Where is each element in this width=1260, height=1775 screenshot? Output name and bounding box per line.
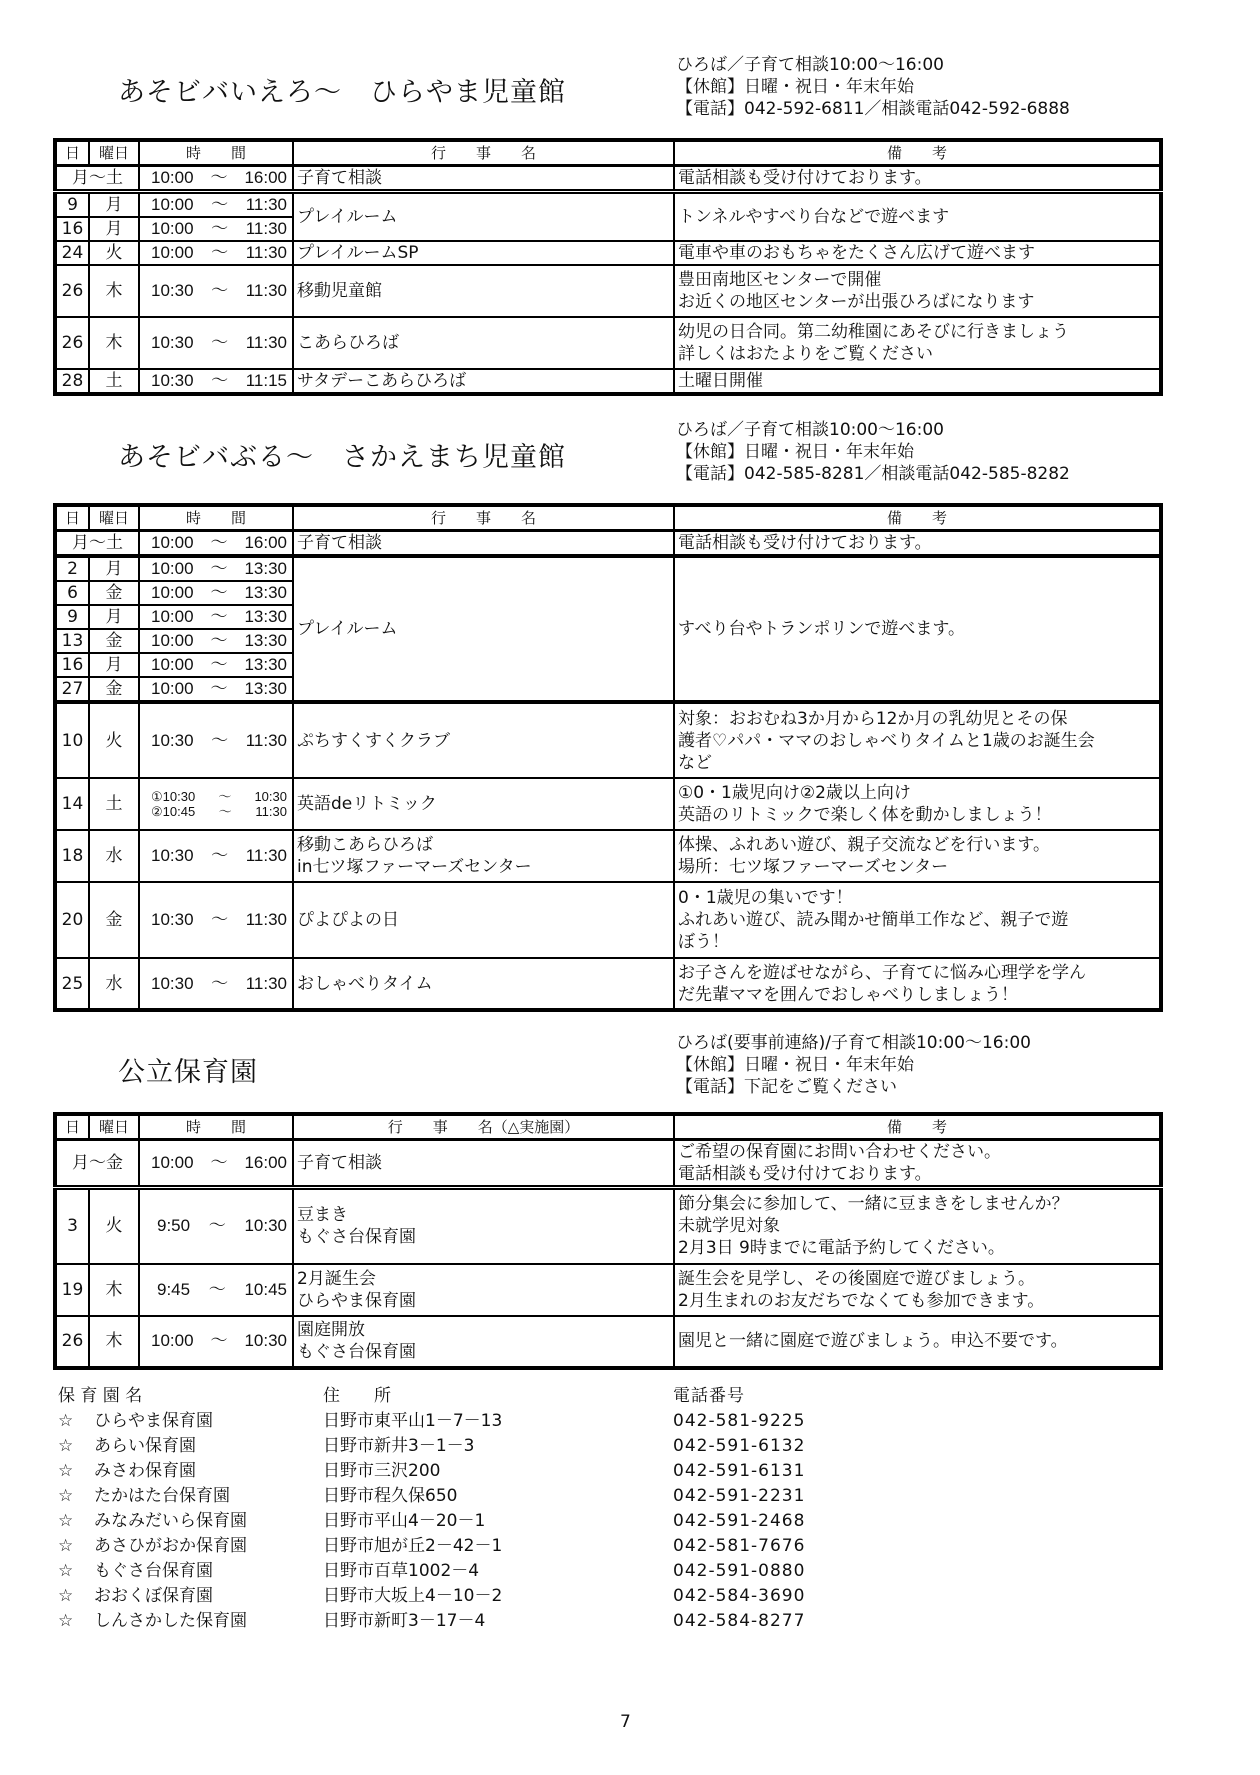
event-note: すべり台やトランポリンで遊べます。 — [674, 556, 1161, 702]
section-title-public-nursery: 公立保育園 — [118, 1050, 258, 1089]
info-phone: 【電話】042-585-8281／相談電話042-585-8282 — [676, 463, 1070, 485]
weekday: 金 — [89, 629, 139, 653]
weekday: 金 — [89, 581, 139, 605]
nursery-name-column: 保 育 園 名 ☆ひらやま保育園 ☆あらい保育園 ☆みさわ保育園 ☆たかはた台保… — [58, 1384, 247, 1634]
event-name: おしゃべりタイム — [293, 958, 674, 1010]
list-item: ☆たかはた台保育園 — [58, 1484, 247, 1509]
table-header-row: 日 曜日 時 間 行 事 名 備 考 — [55, 140, 1161, 166]
day: 2 — [55, 556, 89, 581]
time-cell: 10:00～16:00 — [139, 531, 293, 557]
time-cell: 10:30～11:30 — [139, 958, 293, 1010]
info-phone: 【電話】042-592-6811／相談電話042-592-6888 — [676, 98, 1070, 120]
event-name: こあらひろば — [293, 317, 674, 369]
day: 9 — [55, 605, 89, 629]
star-icon: ☆ — [58, 1459, 94, 1484]
time-cell: ①10:30～10:30 ②10:45～11:30 — [139, 778, 293, 830]
header-event: 行 事 名 — [293, 505, 674, 531]
time-cell: 10:30～11:30 — [139, 317, 293, 369]
time-cell: 10:00～11:30 — [139, 217, 293, 241]
weekday: 木 — [89, 265, 139, 317]
star-icon: ☆ — [58, 1434, 94, 1459]
table-header-row: 日 曜日 時 間 行 事 名 備 考 — [55, 505, 1161, 531]
phone-number: 042-584-8277 — [673, 1609, 805, 1634]
event-name: プレイルーム — [293, 556, 674, 702]
time-cell: 10:30～11:30 — [139, 702, 293, 778]
day: 26 — [55, 317, 89, 369]
header-time: 時 間 — [139, 140, 293, 166]
section-info-public-nursery: ひろば(要事前連絡)/子育て相談10:00～16:00 【休館】日曜・祝日・年末… — [676, 1032, 1031, 1098]
day: 13 — [55, 629, 89, 653]
schedule-table-public-nursery: 日 曜日 時 間 行 事 名（△実施園） 備 考 月～金 10:00～16:00… — [53, 1112, 1163, 1370]
list-header-phone: 電話番号 — [673, 1384, 805, 1409]
day-range: 月～土 — [55, 531, 139, 557]
weekday: 金 — [89, 882, 139, 958]
table-row: 3 火 9:50～10:30 豆まき もぐさ台保育園 節分集会に参加して、一緒に… — [55, 1188, 1161, 1264]
address: 日野市新町3－17－4 — [323, 1609, 502, 1634]
event-note: 豊田南地区センターで開催 お近くの地区センターが出張ひろばになります — [674, 265, 1161, 317]
info-closed: 【休館】日曜・祝日・年末年始 — [676, 441, 1070, 463]
address: 日野市平山4－20－1 — [323, 1509, 502, 1534]
list-item: ☆あさひがおか保育園 — [58, 1534, 247, 1559]
day-range: 月～金 — [55, 1140, 139, 1188]
header-day: 日 — [55, 1114, 89, 1140]
weekday: 月 — [89, 653, 139, 677]
nursery-address-column: 住 所 日野市東平山1－7－13 日野市新井3－1－3 日野市三沢200 日野市… — [323, 1384, 502, 1634]
table-row: 26 木 10:00～10:30 園庭開放 もぐさ台保育園 園児と一緒に園庭で遊… — [55, 1316, 1161, 1368]
section-info-hirayama: ひろば／子育て相談10:00～16:00 【休館】日曜・祝日・年末年始 【電話】… — [676, 54, 1070, 120]
event-name: 2月誕生会 ひらやま保育園 — [293, 1264, 674, 1316]
table-row: 20 金 10:30～11:30 ぴよぴよの日 0・1歳児の集いです！ ふれあい… — [55, 882, 1161, 958]
info-phone: 【電話】下記をご覧ください — [676, 1076, 1031, 1098]
event-note: 電車や車のおもちゃをたくさん広げて遊べます — [674, 241, 1161, 265]
weekday: 月 — [89, 192, 139, 218]
header-weekday: 曜日 — [89, 140, 139, 166]
list-item: ☆あらい保育園 — [58, 1434, 247, 1459]
star-icon: ☆ — [58, 1409, 94, 1434]
day-range: 月～土 — [55, 166, 139, 192]
phone-number: 042-591-0880 — [673, 1559, 805, 1584]
table-row: 26 木 10:30～11:30 こあらひろば 幼児の日合同。第二幼稚園にあそび… — [55, 317, 1161, 369]
header-event: 行 事 名（△実施園） — [293, 1114, 674, 1140]
time-cell: 10:00～10:30 — [139, 1316, 293, 1368]
day: 25 — [55, 958, 89, 1010]
event-name: 園庭開放 もぐさ台保育園 — [293, 1316, 674, 1368]
time-cell: 10:30～11:30 — [139, 882, 293, 958]
event-name: プレイルーム — [293, 192, 674, 242]
weekday: 火 — [89, 1188, 139, 1264]
info-hours: ひろば／子育て相談10:00～16:00 — [676, 419, 1070, 441]
event-note: 誕生会を見学し、その後園庭で遊びましょう。 2月生まれのお友だちでなくても参加で… — [674, 1264, 1161, 1316]
address: 日野市東平山1－7－13 — [323, 1409, 502, 1434]
header-time: 時 間 — [139, 505, 293, 531]
time-cell: 10:00～16:00 — [139, 1140, 293, 1188]
day: 26 — [55, 1316, 89, 1368]
event-note: 電話相談も受け付けております。 — [674, 166, 1161, 192]
address: 日野市大坂上4－10－2 — [323, 1584, 502, 1609]
header-day: 日 — [55, 140, 89, 166]
day: 3 — [55, 1188, 89, 1264]
table-header-row: 日 曜日 時 間 行 事 名（△実施園） 備 考 — [55, 1114, 1161, 1140]
event-note: トンネルやすべり台などで遊べます — [674, 192, 1161, 242]
day: 24 — [55, 241, 89, 265]
header-time: 時 間 — [139, 1114, 293, 1140]
list-item: ☆もぐさ台保育園 — [58, 1559, 247, 1584]
weekday: 月 — [89, 556, 139, 581]
event-note: 対象：おおむね3か月から12か月の乳幼児とその保 護者♡パパ・ママのおしゃべりタ… — [674, 702, 1161, 778]
phone-number: 042-591-6131 — [673, 1459, 805, 1484]
star-icon: ☆ — [58, 1609, 94, 1634]
list-item: ☆みさわ保育園 — [58, 1459, 247, 1484]
page-number: 7 — [620, 1712, 631, 1732]
event-note: 0・1歳児の集いです！ ふれあい遊び、読み聞かせ簡単工作など、親子で遊 ぼう！ — [674, 882, 1161, 958]
address: 日野市旭が丘2－42－1 — [323, 1534, 502, 1559]
section-title-hirayama: あそビバいえろ～ ひらやま児童館 — [118, 70, 566, 109]
star-icon: ☆ — [58, 1509, 94, 1534]
day: 9 — [55, 192, 89, 218]
header-weekday: 曜日 — [89, 1114, 139, 1140]
phone-number: 042-591-2231 — [673, 1484, 805, 1509]
section-info-sakaemachi: ひろば／子育て相談10:00～16:00 【休館】日曜・祝日・年末年始 【電話】… — [676, 419, 1070, 485]
header-weekday: 曜日 — [89, 505, 139, 531]
table-row: 月～土 10:00～16:00 子育て相談 電話相談も受け付けております。 — [55, 166, 1161, 192]
event-name: 豆まき もぐさ台保育園 — [293, 1188, 674, 1264]
time-cell: 10:00～11:30 — [139, 192, 293, 218]
event-name: ぷちすくすくクラブ — [293, 702, 674, 778]
event-name: 移動児童館 — [293, 265, 674, 317]
event-name: 子育て相談 — [293, 166, 674, 192]
header-note: 備 考 — [674, 505, 1161, 531]
address: 日野市百草1002－4 — [323, 1559, 502, 1584]
time-cell: 10:00～16:00 — [139, 166, 293, 192]
table-row: 9 月 10:00～11:30 プレイルーム トンネルやすべり台などで遊べます — [55, 192, 1161, 218]
phone-number: 042-581-7676 — [673, 1534, 805, 1559]
time-cell: 10:30～11:15 — [139, 369, 293, 394]
weekday: 木 — [89, 317, 139, 369]
address: 日野市程久保650 — [323, 1484, 502, 1509]
weekday: 水 — [89, 958, 139, 1010]
time-cell: 10:00～13:30 — [139, 677, 293, 702]
table-row: 14 土 ①10:30～10:30 ②10:45～11:30 英語deリトミック… — [55, 778, 1161, 830]
star-icon: ☆ — [58, 1534, 94, 1559]
header-note: 備 考 — [674, 1114, 1161, 1140]
event-note: 園児と一緒に園庭で遊びましょう。申込不要です。 — [674, 1316, 1161, 1368]
weekday: 土 — [89, 369, 139, 394]
time-cell: 10:00～13:30 — [139, 581, 293, 605]
day: 10 — [55, 702, 89, 778]
event-note: 体操、ふれあい遊び、親子交流などを行います。 場所：七ツ塚ファーマーズセンター — [674, 830, 1161, 882]
day: 28 — [55, 369, 89, 394]
list-item: ☆しんさかした保育園 — [58, 1609, 247, 1634]
day: 16 — [55, 217, 89, 241]
address: 日野市三沢200 — [323, 1459, 502, 1484]
day: 20 — [55, 882, 89, 958]
info-closed: 【休館】日曜・祝日・年末年始 — [676, 1054, 1031, 1076]
star-icon: ☆ — [58, 1559, 94, 1584]
list-header-address: 住 所 — [323, 1384, 502, 1409]
table-row: 10 火 10:30～11:30 ぷちすくすくクラブ 対象：おおむね3か月から1… — [55, 702, 1161, 778]
day: 18 — [55, 830, 89, 882]
info-hours: ひろば／子育て相談10:00～16:00 — [676, 54, 1070, 76]
weekday: 木 — [89, 1316, 139, 1368]
star-icon: ☆ — [58, 1484, 94, 1509]
table-row: 19 木 9:45～10:45 2月誕生会 ひらやま保育園 誕生会を見学し、その… — [55, 1264, 1161, 1316]
weekday: 木 — [89, 1264, 139, 1316]
table-row: 26 木 10:30～11:30 移動児童館 豊田南地区センターで開催 お近くの… — [55, 265, 1161, 317]
day: 6 — [55, 581, 89, 605]
time-cell: 9:45～10:45 — [139, 1264, 293, 1316]
header-event: 行 事 名 — [293, 140, 674, 166]
event-name: 子育て相談 — [293, 531, 674, 557]
list-header-name: 保 育 園 名 — [58, 1384, 247, 1409]
weekday: 月 — [89, 605, 139, 629]
event-note: お子さんを遊ばせながら、子育てに悩み心理学を学ん だ先輩ママを囲んでおしゃべりし… — [674, 958, 1161, 1010]
nursery-phone-column: 電話番号 042-581-9225 042-591-6132 042-591-6… — [673, 1384, 805, 1634]
table-row: 18 水 10:30～11:30 移動こあらひろば in七ツ塚ファーマーズセンタ… — [55, 830, 1161, 882]
event-name: サタデーこあらひろば — [293, 369, 674, 394]
time-cell: 10:00～13:30 — [139, 653, 293, 677]
list-item: ☆みなみだいら保育園 — [58, 1509, 247, 1534]
weekday: 火 — [89, 702, 139, 778]
table-row: 25 水 10:30～11:30 おしゃべりタイム お子さんを遊ばせながら、子育… — [55, 958, 1161, 1010]
star-icon: ☆ — [58, 1584, 94, 1609]
list-item: ☆おおくぼ保育園 — [58, 1584, 247, 1609]
weekday: 火 — [89, 241, 139, 265]
time-cell: 10:00～13:30 — [139, 629, 293, 653]
event-name: プレイルームSP — [293, 241, 674, 265]
phone-number: 042-581-9225 — [673, 1409, 805, 1434]
day: 19 — [55, 1264, 89, 1316]
time-cell: 10:00～13:30 — [139, 556, 293, 581]
time-cell: 10:00～13:30 — [139, 605, 293, 629]
schedule-table-sakaemachi: 日 曜日 時 間 行 事 名 備 考 月～土 10:00～16:00 子育て相談… — [53, 503, 1163, 1012]
info-closed: 【休館】日曜・祝日・年末年始 — [676, 76, 1070, 98]
event-name: 英語deリトミック — [293, 778, 674, 830]
event-note: 幼児の日合同。第二幼稚園にあそびに行きましょう 詳しくはおたよりをご覧ください — [674, 317, 1161, 369]
event-name: 子育て相談 — [293, 1140, 674, 1188]
time-cell: 10:30～11:30 — [139, 265, 293, 317]
day: 14 — [55, 778, 89, 830]
event-name: ぴよぴよの日 — [293, 882, 674, 958]
event-note: ①0・1歳児向け②2歳以上向け 英語のリトミックで楽しく体を動かしましょう！ — [674, 778, 1161, 830]
event-note: 土曜日開催 — [674, 369, 1161, 394]
info-hours: ひろば(要事前連絡)/子育て相談10:00～16:00 — [676, 1032, 1031, 1054]
phone-number: 042-584-3690 — [673, 1584, 805, 1609]
weekday: 金 — [89, 677, 139, 702]
event-note: 節分集会に参加して、一緒に豆まきをしませんか？ 未就学児対象 2月3日 9時まで… — [674, 1188, 1161, 1264]
section-title-sakaemachi: あそビバぶる～ さかえまち児童館 — [118, 435, 566, 474]
time-cell: 9:50～10:30 — [139, 1188, 293, 1264]
table-row: 月～土 10:00～16:00 子育て相談 電話相談も受け付けております。 — [55, 531, 1161, 557]
phone-number: 042-591-6132 — [673, 1434, 805, 1459]
header-day: 日 — [55, 505, 89, 531]
phone-number: 042-591-2468 — [673, 1509, 805, 1534]
table-row: 2 月 10:00～13:30 プレイルーム すべり台やトランポリンで遊べます。 — [55, 556, 1161, 581]
weekday: 水 — [89, 830, 139, 882]
day: 26 — [55, 265, 89, 317]
table-row: 月～金 10:00～16:00 子育て相談 ご希望の保育園にお問い合わせください… — [55, 1140, 1161, 1188]
schedule-table-hirayama: 日 曜日 時 間 行 事 名 備 考 月～土 10:00～16:00 子育て相談… — [53, 138, 1163, 396]
time-cell: 10:00～11:30 — [139, 241, 293, 265]
address: 日野市新井3－1－3 — [323, 1434, 502, 1459]
list-item: ☆ひらやま保育園 — [58, 1409, 247, 1434]
day: 16 — [55, 653, 89, 677]
time-cell: 10:30～11:30 — [139, 830, 293, 882]
event-note: 電話相談も受け付けております。 — [674, 531, 1161, 557]
weekday: 土 — [89, 778, 139, 830]
event-note: ご希望の保育園にお問い合わせください。 電話相談も受け付けております。 — [674, 1140, 1161, 1188]
table-row: 24 火 10:00～11:30 プレイルームSP 電車や車のおもちゃをたくさん… — [55, 241, 1161, 265]
header-note: 備 考 — [674, 140, 1161, 166]
weekday: 月 — [89, 217, 139, 241]
event-name: 移動こあらひろば in七ツ塚ファーマーズセンター — [293, 830, 674, 882]
table-row: 28 土 10:30～11:15 サタデーこあらひろば 土曜日開催 — [55, 369, 1161, 394]
day: 27 — [55, 677, 89, 702]
